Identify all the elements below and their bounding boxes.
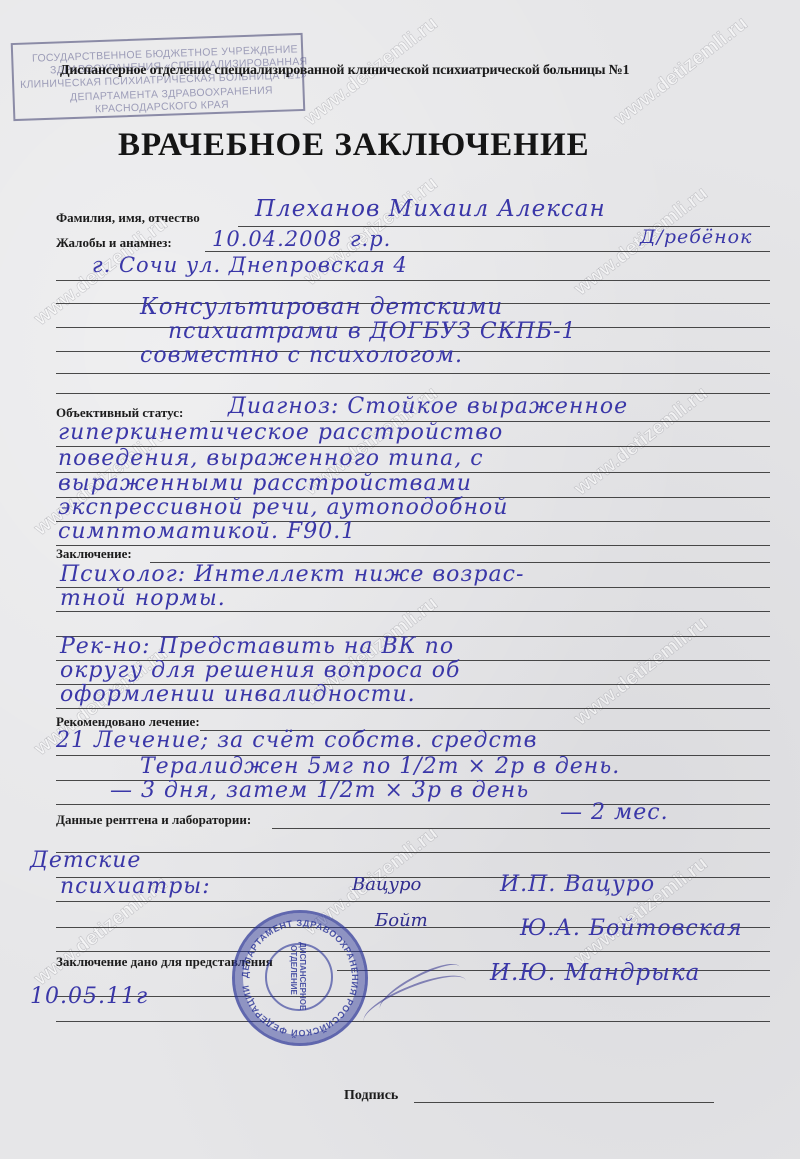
complaints-line-2: г. Сочи ул. Днепровская 4 — [92, 253, 408, 277]
ruled-line — [56, 901, 770, 902]
ruled-line — [56, 852, 770, 853]
conclusion-line-1: Психолог: Интеллект ниже возрас- — [60, 562, 524, 587]
name-label: Фамилия, имя, отчество — [56, 210, 200, 226]
treatment-line-3: — 3 дня, затем 1/2т × 3р в день — [110, 778, 529, 803]
signatures-role-line-1: Детские — [30, 848, 141, 873]
complaints-margin-note: Д/ребёнок — [640, 226, 752, 248]
xray-lab-label: Данные рентгена и лаборатории: — [56, 812, 251, 828]
signature-line — [414, 1102, 714, 1103]
conclusion-line-2: тной нормы. — [60, 586, 226, 611]
given-date: 10.05.11г — [30, 984, 148, 1009]
conclusion-line-4: округу для решения вопроса об — [60, 658, 460, 683]
treatment-line-2: Тералиджен 5мг по 1/2т × 2р в день. — [140, 754, 620, 779]
ruled-line — [56, 951, 770, 952]
signature-scribble-1: Вацуро — [352, 874, 421, 895]
complaints-line-5: совместно с психологом. — [140, 343, 463, 368]
objective-line-2: гиперкинетическое расстройство — [58, 420, 503, 445]
name-value: Плеханов Михаил Алексан — [255, 196, 606, 222]
signature-label: Подпись — [344, 1088, 398, 1104]
ruled-line — [56, 611, 770, 612]
doctor-1: И.П. Вацуро — [500, 872, 655, 897]
ruled-line — [56, 280, 770, 281]
document-title: ВРАЧЕБНОЕ ЗАКЛЮЧЕНИЕ — [118, 127, 590, 164]
doctor-2: Ю.А. Бойтовская — [520, 916, 743, 941]
treatment-line-4: — 2 мес. — [560, 800, 669, 825]
watermark: www.detizemli.ru — [570, 612, 712, 730]
objective-status-label: Объективный статус: — [56, 405, 183, 421]
objective-line-5: экспрессивной речи, аутоподобной — [58, 495, 508, 520]
conclusion-label: Заключение: — [56, 546, 132, 562]
conclusion-line-5: оформлении инвалидности. — [60, 682, 416, 707]
ruled-line — [272, 828, 770, 829]
complaints-line-1: 10.04.2008 г.р. — [212, 227, 391, 251]
seal-center-text: ДИСПАНСЕРНОЕ ОТДЕЛЕНИЕ — [289, 942, 307, 998]
doctor-3: И.Ю. Мандрыка — [490, 960, 700, 986]
ruled-line — [56, 373, 770, 374]
signature-scribble-2: Бойт — [375, 910, 428, 931]
complaints-line-4: психиатрами в ДОГБУЗ СКПБ-1 — [168, 319, 577, 344]
official-round-seal: ДЕПАРТАМЕНТ ЗДРАВООХРАНЕНИЯ РОССИЙСКОЙ Ф… — [232, 910, 368, 1046]
ruled-line — [56, 708, 770, 709]
complaints-line — [205, 251, 770, 252]
conclusion-line-3: Рек-но: Представить на ВК по — [60, 634, 454, 659]
watermark: www.detizemli.ru — [610, 12, 752, 130]
institution-header: Диспансерное отделение специализированно… — [60, 63, 629, 79]
watermark: www.detizemli.ru — [570, 852, 712, 970]
objective-line-6: симптоматикой. F90.1 — [58, 519, 356, 544]
objective-line-4: выраженными расстройствами — [58, 471, 472, 496]
objective-line-3: поведения, выраженного типа, с — [58, 446, 484, 471]
complaints-label: Жалобы и анамнез: — [56, 235, 172, 251]
objective-line-1: Диагноз: Стойкое выраженное — [228, 394, 628, 419]
signatures-role-line-2: психиатры: — [60, 874, 211, 899]
ruled-line — [56, 1021, 770, 1022]
ruled-line — [56, 545, 770, 546]
complaints-line-3: Консультирован детскими — [140, 294, 503, 320]
treatment-line-1: 21 Лечение; за счёт собств. средств — [56, 728, 537, 753]
